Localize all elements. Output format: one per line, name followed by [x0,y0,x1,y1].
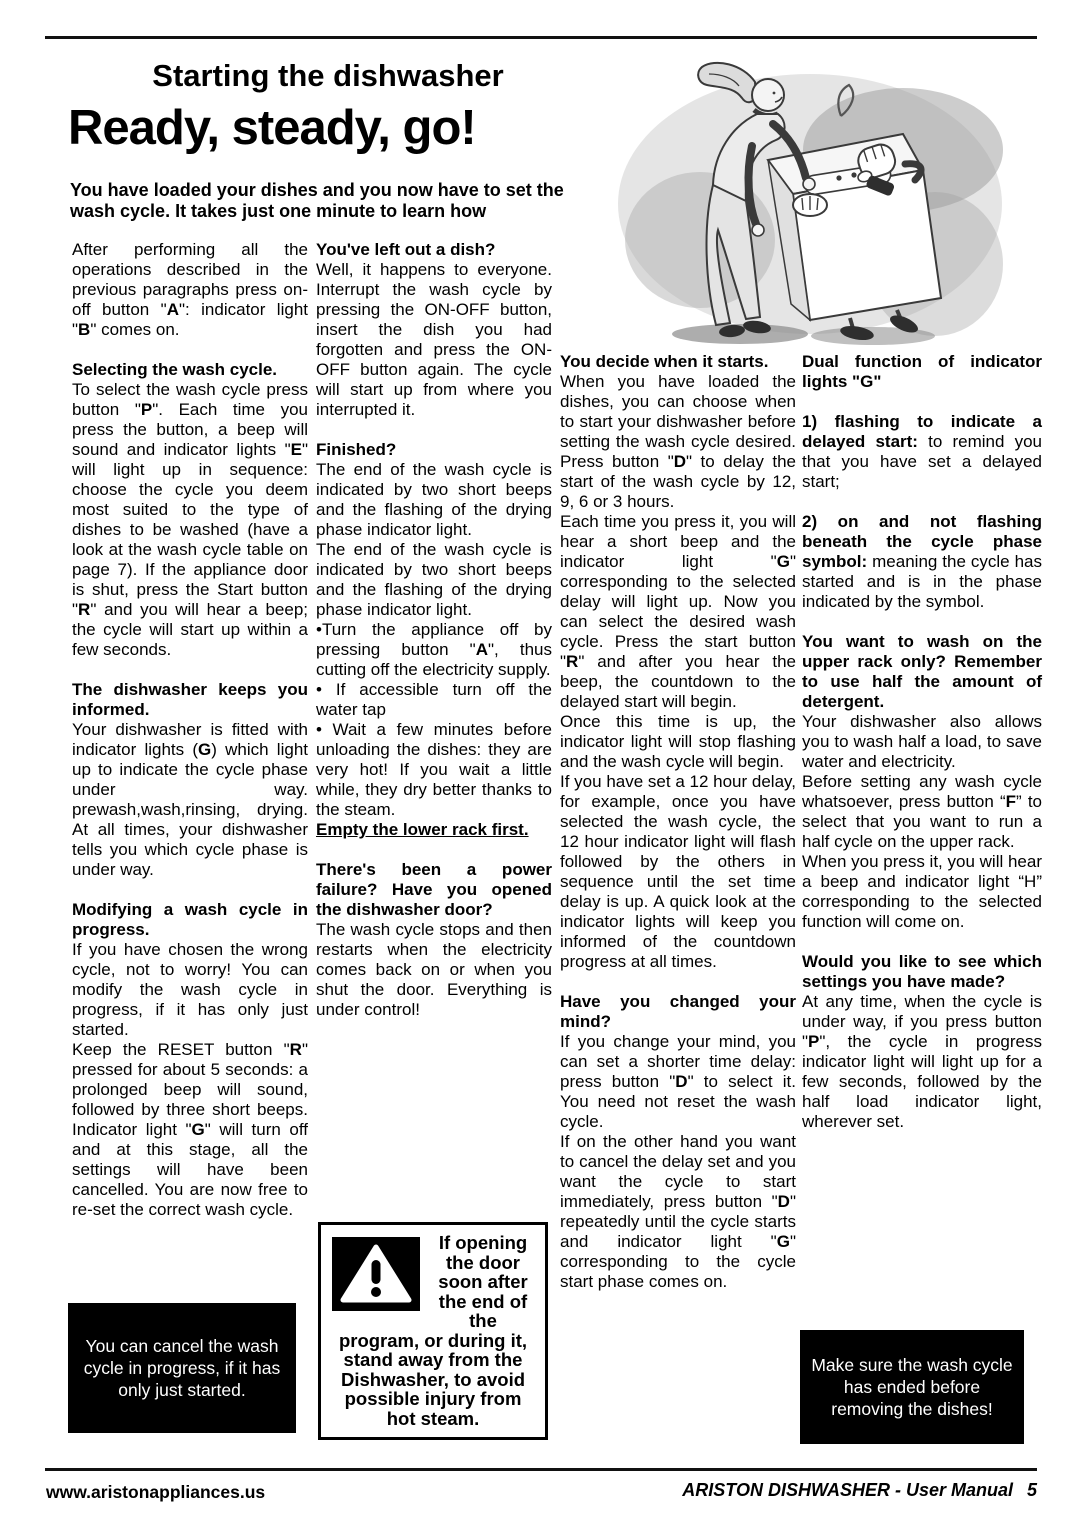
column-2: You've left out a dish? Well, it happens… [316,240,552,1020]
paragraph-12-hour-delay: If you have set a 12 hour delay, for exa… [560,772,796,972]
heading-upper-rack-only: You want to wash on the upper rack only?… [802,632,1042,712]
top-rule [45,36,1037,39]
paragraph-half-load: Your dishwasher also allows you to wash … [802,712,1042,772]
heading-dual-function: Dual function of indicator lights "G" [802,352,1042,392]
paragraph-indicator-h: When you press it, you will hear a beep … [802,852,1042,932]
heading-empty-lower-rack: Empty the lower rack first. [316,820,552,840]
cycle-ended-note-box: Make sure the wash cycle has ended befor… [800,1330,1024,1444]
footer-manual-title: ARISTON DISHWASHER - User Manual5 [682,1480,1037,1501]
heading-selecting-wash-cycle: Selecting the wash cycle. [72,360,308,380]
heading-power-failure: There's been a power failure? Have you o… [316,860,552,920]
paragraph-delay-beep: Each time you press it, you will hear a … [560,512,796,712]
bullet-wait-minutes: • Wait a few minutes before unloading th… [316,720,552,820]
paragraph-button-f: Before setting any wash cycle whatsoever… [802,772,1042,852]
paragraph-reset-button: Keep the RESET button "R" pressed for ab… [72,1040,308,1220]
paragraph-see-settings: At any time, when the cycle is under way… [802,992,1042,1132]
footer-page-number: 5 [1027,1480,1037,1500]
heading-left-out-dish: You've left out a dish? [316,240,552,260]
cancel-cycle-note-text: You can cancel the wash cycle in progres… [78,1335,286,1401]
paragraph-left-out-dish: Well, it happens to everyone. Interrupt … [316,260,552,420]
heading-modifying-wash-cycle: Modifying a wash cycle in progress. [72,900,308,940]
heading-you-decide-when: You decide when it starts. [560,352,796,372]
heading-finished: Finished? [316,440,552,460]
footer-website: www.aristonappliances.us [46,1482,265,1503]
cancel-cycle-note-box: You can cancel the wash cycle in progres… [68,1303,296,1433]
paragraph-indicator-lights: Your dishwasher is fitted with indicator… [72,720,308,880]
heading-changed-your-mind: Have you changed your mind? [560,992,796,1032]
page-title: Ready, steady, go! [68,100,476,156]
column-1: After performing all the operations desc… [72,240,308,1220]
dishwasher-illustration [605,52,1010,352]
paragraph-modify-cycle: If you have chosen the wrong cycle, not … [72,940,308,1040]
section-title: Starting the dishwasher [72,58,584,94]
paragraph-shorter-delay: If you change your mind, you can set a s… [560,1032,796,1132]
column-3: You decide when it starts. When you have… [560,352,796,1292]
heading-see-settings: Would you like to see which settings you… [802,952,1042,992]
paragraph-selecting-wash-cycle: To select the wash cycle press button "P… [72,380,308,660]
cycle-ended-note-text: Make sure the wash cycle has ended befor… [810,1354,1014,1420]
paragraph-end-of-cycle-1: The end of the wash cycle is indicated b… [316,460,552,540]
paragraph-cancel-delay: If on the other hand you want to cancel … [560,1132,796,1292]
paragraph-flashing-delayed-start: 1) flashing to indicate a delayed start:… [802,412,1042,492]
bullet-water-tap: • If accessible turn off the water tap [316,680,552,720]
intro-text: You have loaded your dishes and you now … [70,180,575,222]
paragraph-time-up: Once this time is up, the indicator ligh… [560,712,796,772]
warning-triangle-icon [332,1237,420,1311]
footer-manual-label: ARISTON DISHWASHER - User Manual [682,1480,1013,1500]
bullet-turn-off: •Turn the appliance off by pressing butt… [316,620,552,680]
heading-dishwasher-keeps-you-informed: The dishwasher keeps you informed. [72,680,308,720]
bottom-rule [45,1468,1037,1471]
paragraph-delay-start: When you have loaded the dishes, you can… [560,372,796,512]
steam-warning-box: If opening the door soon after the end o… [318,1222,548,1440]
paragraph-on-not-flashing: 2) on and not flashing beneath the cycle… [802,512,1042,612]
column-4: Dual function of indicator lights "G" 1)… [802,352,1042,1132]
paragraph-power-on: After performing all the operations desc… [72,240,308,340]
paragraph-power-failure: The wash cycle stops and then restarts w… [316,920,552,1020]
paragraph-end-of-cycle-2: The end of the wash cycle is indicated b… [316,540,552,620]
